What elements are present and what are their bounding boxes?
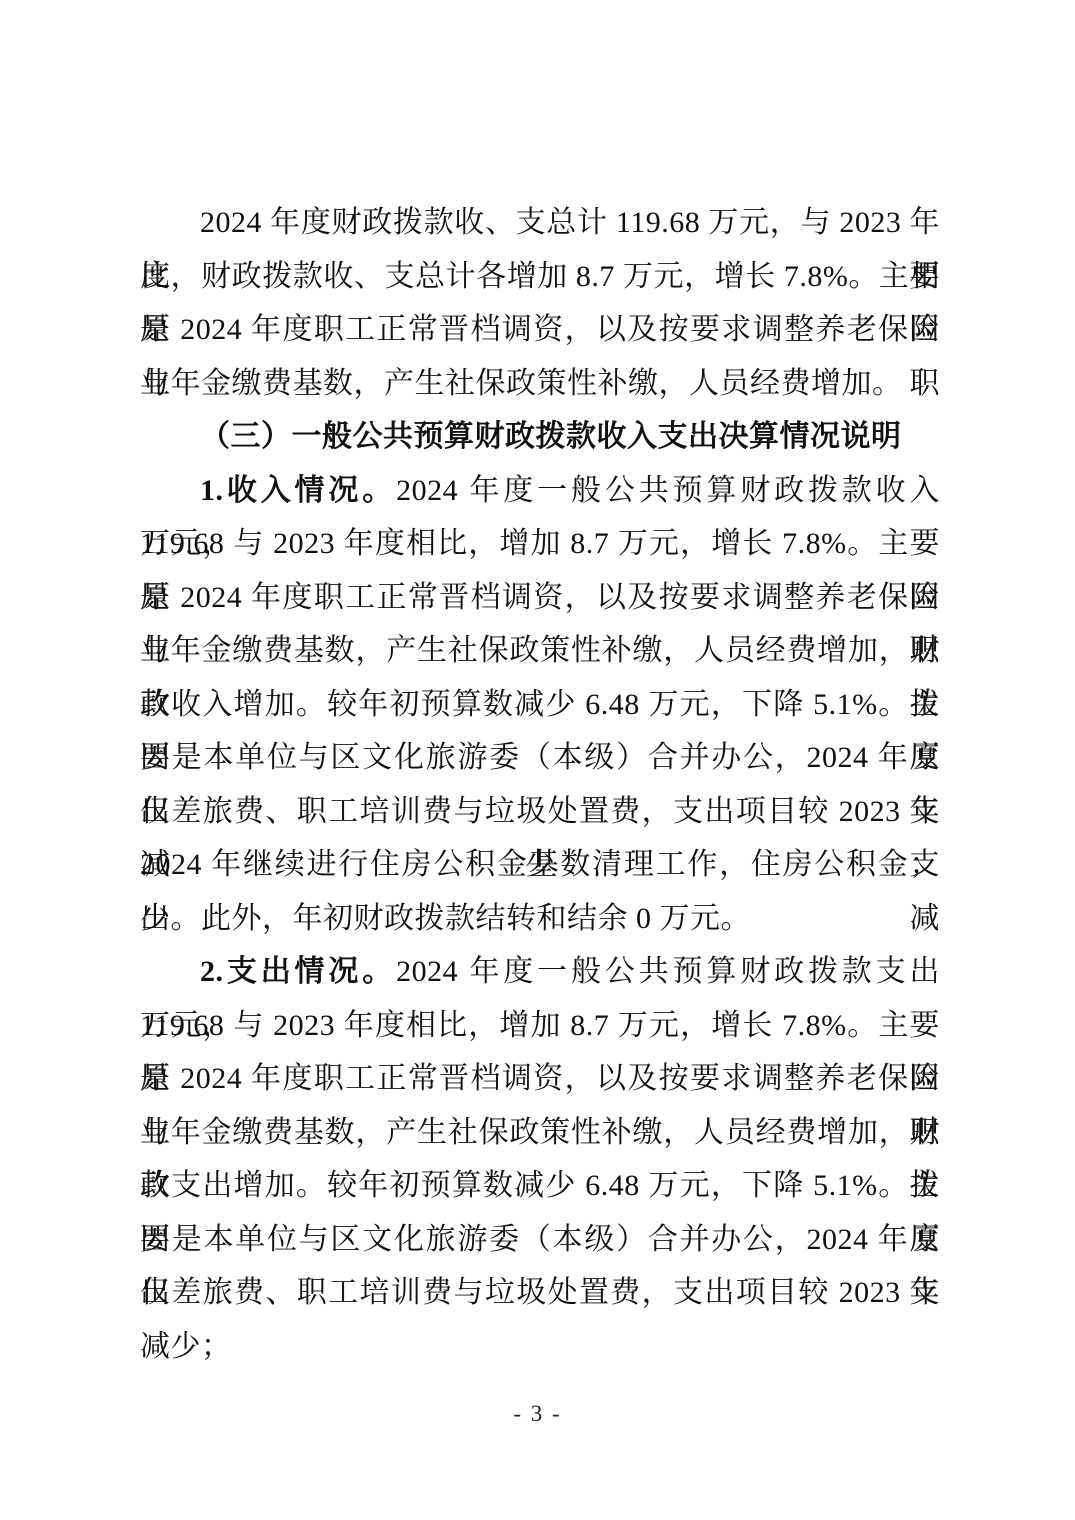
text-line: （三）一般公共预算财政拨款收入支出决算情况说明 bbox=[140, 410, 940, 464]
text-line: 万元，与 2023 年度相比，增加 8.7 万元，增长 7.8%。主要原因 bbox=[140, 999, 940, 1053]
bold-lead-in: 1.收入情况。 bbox=[200, 474, 396, 507]
paragraph: 1.收入情况。2024 年度一般公共预算财政拨款收入 119.68万元，与 20… bbox=[140, 464, 940, 946]
text-line: 2024 年度财政拨款收、支总计 119.68 万元，与 2023 年度相 bbox=[140, 196, 940, 250]
document-page: 2024 年度财政拨款收、支总计 119.68 万元，与 2023 年度相比，财… bbox=[0, 0, 1075, 1520]
text-line: 出差旅费、职工培训费与垃圾处置费，支出项目较 2023 年减少； bbox=[140, 1266, 940, 1320]
document-body: 2024 年度财政拨款收、支总计 119.68 万元，与 2023 年度相比，财… bbox=[140, 196, 940, 1320]
text-line: 万元，与 2023 年度相比，增加 8.7 万元，增长 7.8%。主要原因 bbox=[140, 517, 940, 571]
text-line: 1.收入情况。2024 年度一般公共预算财政拨款收入 119.68 bbox=[140, 464, 940, 518]
text-line: 2.支出情况。2024 年度一般公共预算财政拨款支出 119.68 bbox=[140, 945, 940, 999]
text-line: 是 2024 年度职工正常晋档调资，以及按要求调整养老保险与职 bbox=[140, 303, 940, 357]
text-line: 是 2024 年度职工正常晋档调资，以及按要求调整养老保险与职 bbox=[140, 1052, 940, 1106]
text-line: 因是本单位与区文化旅游委（本级）合并办公，2024 年度仅支 bbox=[140, 1213, 940, 1267]
text-line: 出差旅费、职工培训费与垃圾处置费，支出项目较 2023 年减少； bbox=[140, 785, 940, 839]
line-text: （三）一般公共预算财政拨款收入支出决算情况说明 bbox=[200, 420, 902, 453]
section-heading: （三）一般公共预算财政拨款收入支出决算情况说明 bbox=[140, 410, 940, 464]
text-line: 比，财政拨款收、支总计各增加 8.7 万元，增长 7.8%。主要原因 bbox=[140, 250, 940, 304]
page-number: - 3 - bbox=[0, 1398, 1075, 1430]
paragraph: 2.支出情况。2024 年度一般公共预算财政拨款支出 119.68万元，与 20… bbox=[140, 945, 940, 1320]
bold-lead-in: 2.支出情况。 bbox=[200, 955, 396, 988]
paragraph: 2024 年度财政拨款收、支总计 119.68 万元，与 2023 年度相比，财… bbox=[140, 196, 940, 410]
text-line: 业年金缴费基数，产生社保政策性补缴，人员经费增加，财政拨 bbox=[140, 1106, 940, 1160]
text-line: 是 2024 年度职工正常晋档调资，以及按要求调整养老保险与职 bbox=[140, 571, 940, 625]
text-line: 款支出增加。较年初预算数减少 6.48 万元，下降 5.1%。主要原 bbox=[140, 1159, 940, 1213]
text-line: 2024 年继续进行住房公积金基数清理工作，住房公积金支出减 bbox=[140, 838, 940, 892]
line-text: 业年金缴费基数，产生社保政策性补缴，人员经费增加。 bbox=[140, 367, 903, 400]
line-text: 少。此外，年初财政拨款结转和结余 0 万元。 bbox=[140, 902, 751, 935]
line-text: 出差旅费、职工培训费与垃圾处置费，支出项目较 2023 年减少； bbox=[140, 1276, 940, 1363]
text-line: 业年金缴费基数，产生社保政策性补缴，人员经费增加，财政拨 bbox=[140, 624, 940, 678]
text-line: 业年金缴费基数，产生社保政策性补缴，人员经费增加。 bbox=[140, 357, 940, 411]
text-line: 因是本单位与区文化旅游委（本级）合并办公，2024 年度仅支 bbox=[140, 731, 940, 785]
text-line: 款收入增加。较年初预算数减少 6.48 万元，下降 5.1%。主要原 bbox=[140, 678, 940, 732]
